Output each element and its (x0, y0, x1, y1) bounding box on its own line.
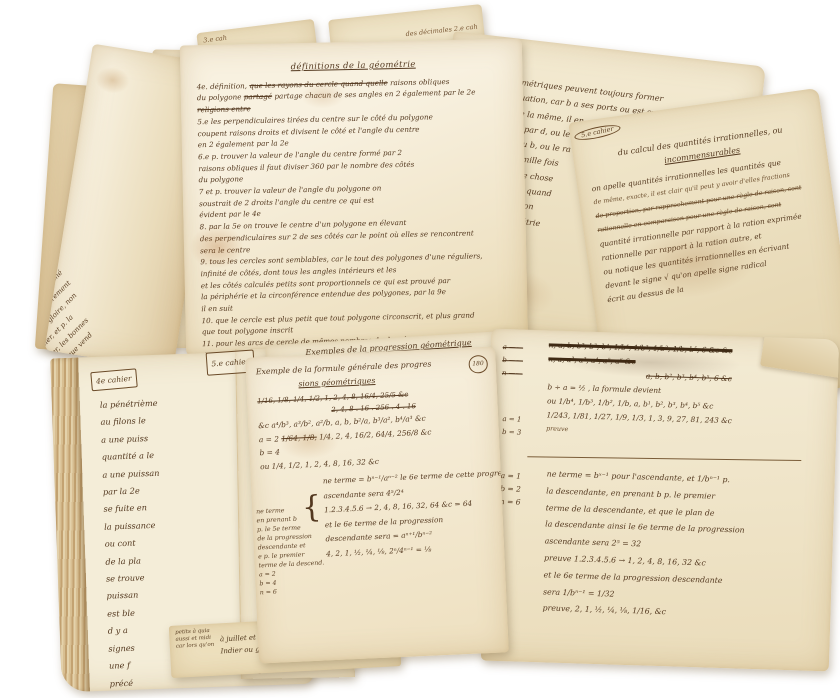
manuscript-segment: que les rayons du cercle quand quelle (249, 78, 388, 90)
manuscript-photo: jadis p. adieu parquoiune pensée toute m… (0, 0, 840, 698)
manuscript-segment: 4e. définition, (197, 81, 250, 91)
manuscript-segment: 1/64, 1/8, (281, 432, 317, 443)
margin-value: b = 3 (502, 426, 522, 440)
brace-glyph: { (302, 501, 322, 515)
margin-value: b = 2 (500, 482, 521, 496)
ink-stain (94, 65, 132, 96)
manuscript-segment: du polygone (197, 93, 244, 103)
margin-value: a = 1 (500, 469, 521, 483)
manuscript-segment: raisons obliques (388, 77, 450, 87)
margin-note-line: n = 6 (260, 586, 316, 598)
irrationnelles-text-block: on apelle quantités irrationnelles les q… (591, 151, 834, 308)
slip-note-line: car lors qu'on (176, 642, 215, 651)
bottomright-page: a ——b ——n —— n, a, b, b², b³, b⁴, 1/b⁴, … (481, 329, 839, 672)
margin-values: a = 1b = 2n = 6 (500, 469, 522, 509)
definitions-text-block: 4e. définition, que les rayons du cercle… (197, 74, 517, 357)
manuscript-segment: a = 2 (259, 434, 282, 444)
slip-notes: petits à quiaaussi et midicar lors qu'on (175, 628, 216, 674)
manuscript-segment: partagé (244, 92, 273, 102)
scrap-text: 3.e cah (203, 34, 228, 45)
margin-marks: a ——b ——n —— (502, 341, 524, 381)
formula-rows: n, a, b, b², b³, b⁴, 1/b⁴, 1/b³, 1/b², 1… (546, 338, 831, 445)
proof-rows: ne terme = bⁿ⁻¹/aⁿ⁻² le 6e terme de cett… (323, 467, 497, 562)
margin-mark: a —— (503, 341, 524, 355)
cahier-label: 4e cahier (90, 368, 137, 391)
page-number-badge: 180 (468, 355, 488, 373)
page-title: définitions de la géométrie (196, 57, 510, 75)
margin-values: a = 1b = 3 (502, 413, 522, 440)
formula-rows: &c a⁴/b³, a³/b², a²/b, a, b, b²/a, b³/a²… (258, 409, 492, 473)
margin-mark: n —— (502, 367, 523, 381)
margin-value: a = 1 (502, 413, 522, 427)
margin-value: n = 6 (500, 495, 521, 509)
divider-rule (527, 456, 801, 461)
notebook-spine (50, 358, 90, 693)
margin-mark: b —— (502, 354, 523, 368)
manuscript-segment: 1/4, 2, 4, 16/2, 64/4, 256/8 &c (317, 427, 432, 441)
cahier-label: 5.e cahier (573, 122, 621, 143)
definitions-page: définitions de la géométrie 4e. définiti… (180, 38, 528, 357)
progressions-page: 180 Exemple de la formule générale des p… (245, 346, 509, 663)
proof-text-block: ne terme = bˣ⁻¹ pour l'ascendante, et 1/… (542, 466, 827, 626)
